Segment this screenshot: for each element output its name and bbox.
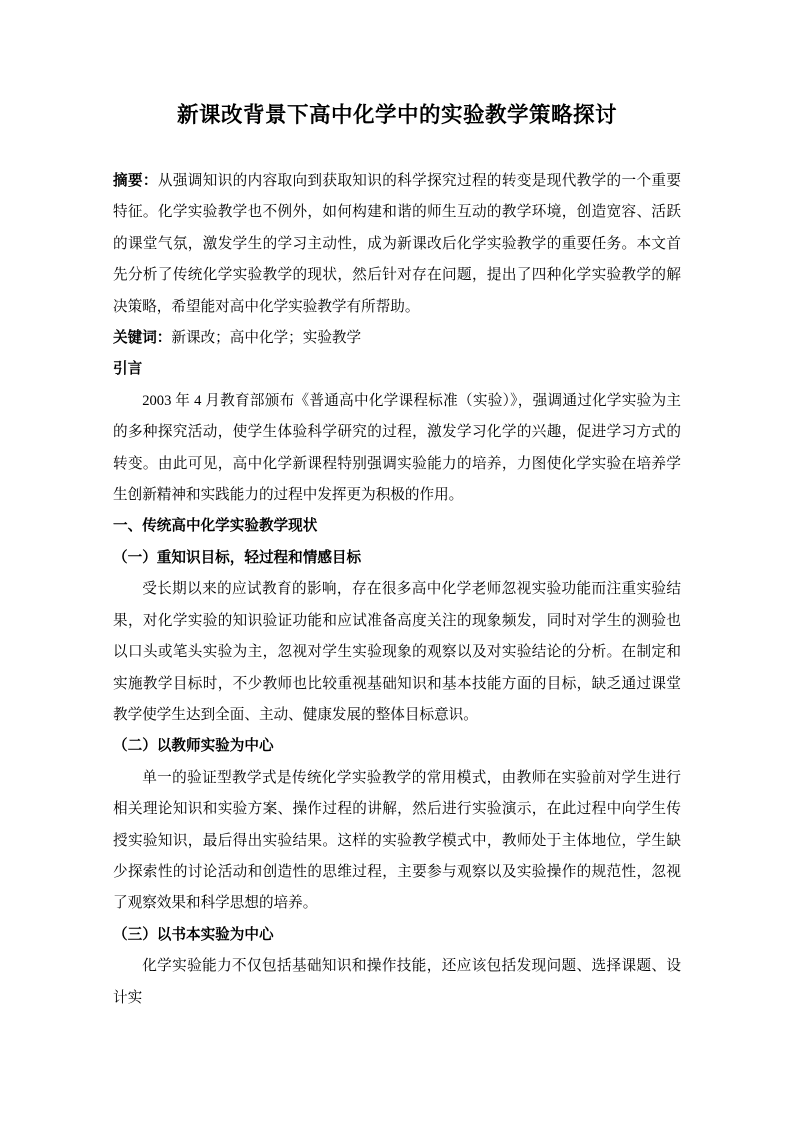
page-content: 新课改背景下高中化学中的实验教学策略探讨 摘要：从强调知识的内容取向到获取知识的… — [113, 95, 681, 1014]
document-title: 新课改背景下高中化学中的实验教学策略探讨 — [113, 95, 681, 136]
section-heading-introduction: 引言 — [113, 354, 681, 385]
subsection-heading-1-1: （一）重知识目标，轻过程和情感目标 — [113, 543, 681, 574]
keywords-text: 新课改；高中化学；实验教学 — [171, 330, 361, 346]
keywords-line: 关键词：新课改；高中化学；实验教学 — [113, 323, 681, 354]
abstract-paragraph: 摘要：从强调知识的内容取向到获取知识的科学探究过程的转变是现代教学的一个重要特征… — [113, 166, 681, 323]
document-page: 新课改背景下高中化学中的实验教学策略探讨 摘要：从强调知识的内容取向到获取知识的… — [0, 0, 793, 1122]
abstract-label: 摘要： — [113, 173, 158, 189]
introduction-paragraph: 2003 年 4 月教育部颁布《普通高中化学课程标准（实验）》，强调通过化学实验… — [113, 386, 681, 512]
subsection-1-3-paragraph: 化学实验能力不仅包括基础知识和操作技能，还应该包括发现问题、选择课题、设计实 — [113, 951, 681, 1014]
keywords-label: 关键词： — [113, 330, 171, 346]
section-heading-1: 一、传统高中化学实验教学现状 — [113, 511, 681, 542]
subsection-1-1-paragraph: 受长期以来的应试教育的影响，存在很多高中化学老师忽视实验功能而注重实验结果，对化… — [113, 574, 681, 731]
subsection-heading-1-3: （三）以书本实验为中心 — [113, 920, 681, 951]
subsection-1-2-paragraph: 单一的验证型教学式是传统化学实验教学的常用模式，由教师在实验前对学生进行相关理论… — [113, 763, 681, 920]
abstract-text: 从强调知识的内容取向到获取知识的科学探究过程的转变是现代教学的一个重要特征。化学… — [113, 173, 681, 315]
subsection-heading-1-2: （二）以教师实验为中心 — [113, 731, 681, 762]
